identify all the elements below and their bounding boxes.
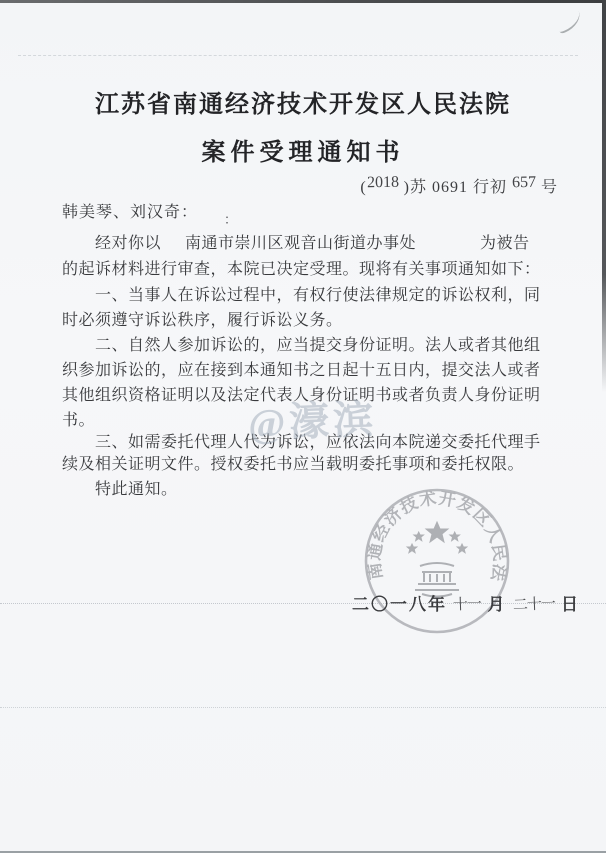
national-emblem-icon bbox=[407, 522, 467, 597]
addressee-names: 韩美琴、刘汉奇： bbox=[62, 199, 198, 222]
body-line: 时必须遵守诉讼秩序，履行诉讼义务。 bbox=[62, 308, 564, 333]
date-day-handwritten: 二十一 bbox=[512, 592, 555, 614]
scan-fold-line-top bbox=[18, 55, 578, 56]
closing-line: 特此通知。 bbox=[62, 477, 597, 502]
court-name-heading: 江苏省南通经济技术开发区人民法院 bbox=[0, 84, 606, 119]
case-number: (2018 )苏 0691 行初 657 号 bbox=[360, 174, 558, 197]
date-day-unit: 日 bbox=[561, 595, 580, 614]
case-number-suffix: 号 bbox=[536, 179, 558, 196]
case-number-open-paren: ( bbox=[360, 179, 366, 196]
intro-lead-text: 经对你以 bbox=[95, 231, 161, 256]
body-line: 续及相关证明文件。授权委托书应当载明委托事项和委托权限。 bbox=[62, 452, 564, 477]
scan-curl-artifact bbox=[553, 7, 584, 34]
case-number-court-code: )苏 0691 行初 bbox=[399, 179, 512, 196]
body-line: 织参加诉讼的，应在接到本通知书之日起十五日内，提交法人或者 bbox=[62, 358, 564, 383]
issue-date: 二〇一八年 十一 月 二十一 日 bbox=[352, 590, 580, 615]
date-year-printed: 二〇一八年 bbox=[352, 595, 447, 614]
body-line: 的起诉材料进行审查，本院已决定受理。现将有关事项通知如下： bbox=[62, 257, 564, 282]
date-month-unit: 月 bbox=[488, 595, 507, 614]
intro-tail-text: 为被告 bbox=[480, 231, 530, 256]
scan-edge-top bbox=[0, 0, 606, 3]
intro-line: 经对你以 南通市崇川区观音山街道办事处 为被告 bbox=[62, 231, 564, 256]
scan-edge-right bbox=[602, 0, 606, 392]
case-number-serial-handwritten: 657 bbox=[512, 174, 536, 192]
date-month-handwritten: 十一 bbox=[453, 593, 482, 615]
body-line-item-2: 二、自然人参加诉讼的，应当提交身份证明。法人或者其他组 bbox=[62, 333, 597, 358]
case-number-year-handwritten: 2018 bbox=[366, 174, 398, 193]
scanned-court-notice-page: { "page": { "court_name": "江苏省南通经济技术开发区人… bbox=[0, 0, 606, 853]
body-line-item-1: 一、当事人在诉讼过程中，有权行使法律规定的诉讼权利，同 bbox=[62, 283, 597, 308]
defendant-name: 南通市崇川区观音山街道办事处 bbox=[185, 231, 416, 256]
form-stray-colon: ： bbox=[224, 209, 237, 228]
scan-fold-line-bottom bbox=[0, 707, 606, 708]
document-title: 案件受理通知书 bbox=[0, 132, 606, 167]
forum-watermark: @濠滨 bbox=[247, 388, 378, 449]
